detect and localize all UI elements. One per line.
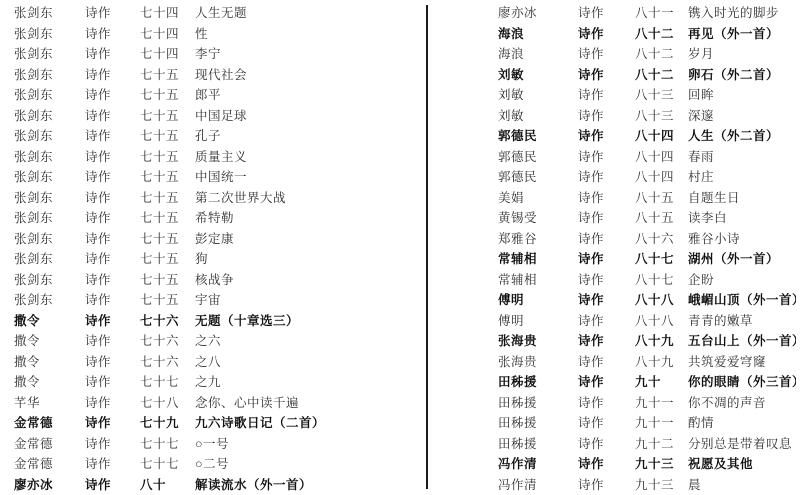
page-number-cell: 七十四 xyxy=(140,24,195,42)
title-cell: 核战争 xyxy=(195,270,420,288)
page-number-cell: 九十二 xyxy=(635,434,688,452)
title-cell: 人生无题 xyxy=(195,3,420,21)
author-cell: 张剑东 xyxy=(14,290,85,308)
page-number-cell: 九十一 xyxy=(635,393,688,411)
genre-cell: 诗作 xyxy=(85,454,140,472)
author-cell: 张剑东 xyxy=(14,188,85,206)
table-row: 美娟 诗作 八十五 自题生日 xyxy=(498,187,796,208)
author-cell: 田秭援 xyxy=(498,393,578,411)
table-row: 张剑东 诗作 七十五 核战争 xyxy=(14,269,420,290)
genre-cell: 诗作 xyxy=(578,311,635,329)
table-row: 撒令 诗作 七十七 之九 xyxy=(14,371,420,392)
author-cell: 田秭援 xyxy=(498,372,578,390)
table-row: 张剑东 诗作 七十五 质量主义 xyxy=(14,146,420,167)
title-cell: 郎平 xyxy=(195,85,420,103)
table-row: 郑雅谷 诗作 八十六 雅谷小诗 xyxy=(498,228,796,249)
genre-cell: 诗作 xyxy=(578,331,635,349)
page-number-cell: 九十三 xyxy=(635,475,688,493)
page-number-cell: 七十五 xyxy=(140,290,195,308)
page-number-cell: 七十五 xyxy=(140,270,195,288)
title-cell: 之八 xyxy=(195,352,420,370)
page-number-cell: 七十五 xyxy=(140,147,195,165)
title-cell: 酌情 xyxy=(688,413,796,431)
genre-cell: 诗作 xyxy=(578,126,635,144)
page-number-cell: 七十六 xyxy=(140,352,195,370)
author-cell: 郭德民 xyxy=(498,167,578,185)
page-number-cell: 八十二 xyxy=(635,24,688,42)
page-number-cell: 八十六 xyxy=(635,229,688,247)
author-cell: 冯作清 xyxy=(498,475,578,493)
author-cell: 海浪 xyxy=(498,24,578,42)
title-cell: 解读流水（外一首） xyxy=(195,475,420,493)
title-cell: 镌入时光的脚步 xyxy=(688,3,796,21)
page-number-cell: 八十五 xyxy=(635,188,688,206)
page-number-cell: 八十四 xyxy=(635,167,688,185)
title-cell: 分别总是带着叹息 xyxy=(688,434,796,452)
author-cell: 芊华 xyxy=(14,393,85,411)
title-cell: 现代社会 xyxy=(195,65,420,83)
toc-column-left: 张剑东 诗作 七十四 人生无题 张剑东 诗作 七十四 性 张剑东 诗作 七十四 … xyxy=(14,2,420,494)
table-row: 张剑东 诗作 七十五 中国统一 xyxy=(14,166,420,187)
table-row: 田秭援 诗作 九十一 你不凋的声音 xyxy=(498,392,796,413)
genre-cell: 诗作 xyxy=(85,352,140,370)
table-row: 撒令 诗作 七十六 无题（十章选三） xyxy=(14,310,420,331)
table-row: 撒令 诗作 七十六 之八 xyxy=(14,351,420,372)
title-cell: 人生（外二首） xyxy=(688,126,796,144)
title-cell: 念你、心中读千遍 xyxy=(195,393,420,411)
author-cell: 撒令 xyxy=(14,372,85,390)
title-cell: 青青的嫩草 xyxy=(688,311,796,329)
title-cell: ○一号 xyxy=(195,434,420,452)
title-cell: 共筑爱爱穹窿 xyxy=(688,352,796,370)
title-cell: 质量主义 xyxy=(195,147,420,165)
author-cell: 张剑东 xyxy=(14,249,85,267)
table-row: 黄锡受 诗作 八十五 读李白 xyxy=(498,207,796,228)
author-cell: 张剑东 xyxy=(14,147,85,165)
table-row: 金常德 诗作 七十七 ○二号 xyxy=(14,453,420,474)
author-cell: 廖亦冰 xyxy=(498,3,578,21)
title-cell: 你的眼睛（外三首） xyxy=(688,372,796,390)
table-row: 傅明 诗作 八十八 青青的嫩草 xyxy=(498,310,796,331)
table-row: 廖亦冰 诗作 八十 解读流水（外一首） xyxy=(14,474,420,495)
page-number-cell: 七十五 xyxy=(140,208,195,226)
author-cell: 常辅相 xyxy=(498,249,578,267)
title-cell: 无题（十章选三） xyxy=(195,311,420,329)
table-row: 张海贵 诗作 八十九 共筑爱爱穹窿 xyxy=(498,351,796,372)
table-row: 张剑东 诗作 七十五 希特勒 xyxy=(14,207,420,228)
author-cell: 金常德 xyxy=(14,454,85,472)
page-number-cell: 八十九 xyxy=(635,352,688,370)
page-number-cell: 八十四 xyxy=(635,126,688,144)
author-cell: 海浪 xyxy=(498,44,578,62)
title-cell: 性 xyxy=(195,24,420,42)
page-number-cell: 七十五 xyxy=(140,85,195,103)
table-row: 田秭援 诗作 九十二 分别总是带着叹息 xyxy=(498,433,796,454)
author-cell: 张剑东 xyxy=(14,44,85,62)
title-cell: ○二号 xyxy=(195,454,420,472)
page-number-cell: 七十五 xyxy=(140,106,195,124)
toc-column-right: 廖亦冰 诗作 八十一 镌入时光的脚步 海浪 诗作 八十二 再见（外一首） 海浪 … xyxy=(498,2,796,494)
title-cell: 雅谷小诗 xyxy=(688,229,796,247)
genre-cell: 诗作 xyxy=(85,65,140,83)
title-cell: 读李白 xyxy=(688,208,796,226)
title-cell: 第二次世界大战 xyxy=(195,188,420,206)
table-row: 海浪 诗作 八十二 岁月 xyxy=(498,43,796,64)
author-cell: 郑雅谷 xyxy=(498,229,578,247)
page-number-cell: 七十六 xyxy=(140,331,195,349)
author-cell: 撒令 xyxy=(14,352,85,370)
title-cell: 自题生日 xyxy=(688,188,796,206)
page-number-cell: 七十八 xyxy=(140,393,195,411)
genre-cell: 诗作 xyxy=(85,106,140,124)
author-cell: 郭德民 xyxy=(498,147,578,165)
title-cell: 之九 xyxy=(195,372,420,390)
page-number-cell: 九十一 xyxy=(635,413,688,431)
page-number-cell: 七十五 xyxy=(140,229,195,247)
page-number-cell: 八十八 xyxy=(635,290,688,308)
table-row: 张剑东 诗作 七十四 性 xyxy=(14,23,420,44)
author-cell: 刘敏 xyxy=(498,65,578,83)
genre-cell: 诗作 xyxy=(85,331,140,349)
genre-cell: 诗作 xyxy=(85,413,140,431)
title-cell: 之六 xyxy=(195,331,420,349)
genre-cell: 诗作 xyxy=(85,85,140,103)
toc-page: 张剑东 诗作 七十四 人生无题 张剑东 诗作 七十四 性 张剑东 诗作 七十四 … xyxy=(0,0,800,495)
title-cell: 孔子 xyxy=(195,126,420,144)
genre-cell: 诗作 xyxy=(578,434,635,452)
genre-cell: 诗作 xyxy=(578,229,635,247)
page-number-cell: 八十二 xyxy=(635,65,688,83)
table-row: 金常德 诗作 七十七 ○一号 xyxy=(14,433,420,454)
genre-cell: 诗作 xyxy=(85,434,140,452)
genre-cell: 诗作 xyxy=(85,393,140,411)
table-row: 冯作清 诗作 九十三 晨 xyxy=(498,474,796,495)
table-row: 金常德 诗作 七十九 九六诗歌日记（二首） xyxy=(14,412,420,433)
title-cell: 中国足球 xyxy=(195,106,420,124)
table-row: 张剑东 诗作 七十四 人生无题 xyxy=(14,2,420,23)
page-number-cell: 七十五 xyxy=(140,167,195,185)
table-row: 郭德民 诗作 八十四 村庄 xyxy=(498,166,796,187)
title-cell: 五台山上（外一首） xyxy=(688,331,796,349)
genre-cell: 诗作 xyxy=(85,475,140,493)
page-number-cell: 七十五 xyxy=(140,65,195,83)
genre-cell: 诗作 xyxy=(578,352,635,370)
author-cell: 傅明 xyxy=(498,290,578,308)
title-cell: 狗 xyxy=(195,249,420,267)
page-number-cell: 八十七 xyxy=(635,249,688,267)
genre-cell: 诗作 xyxy=(85,24,140,42)
table-row: 常辅相 诗作 八十七 企盼 xyxy=(498,269,796,290)
author-cell: 撒令 xyxy=(14,311,85,329)
genre-cell: 诗作 xyxy=(578,65,635,83)
page-number-cell: 八十三 xyxy=(635,106,688,124)
genre-cell: 诗作 xyxy=(85,311,140,329)
table-row: 张海贵 诗作 八十九 五台山上（外一首） xyxy=(498,330,796,351)
title-cell: 湖州（外一首） xyxy=(688,249,796,267)
author-cell: 张海贵 xyxy=(498,352,578,370)
genre-cell: 诗作 xyxy=(85,147,140,165)
genre-cell: 诗作 xyxy=(578,208,635,226)
page-number-cell: 八十九 xyxy=(635,331,688,349)
genre-cell: 诗作 xyxy=(85,44,140,62)
title-cell: 深邃 xyxy=(688,106,796,124)
author-cell: 张剑东 xyxy=(14,270,85,288)
table-row: 廖亦冰 诗作 八十一 镌入时光的脚步 xyxy=(498,2,796,23)
table-row: 张剑东 诗作 七十五 宇宙 xyxy=(14,289,420,310)
author-cell: 张剑东 xyxy=(14,167,85,185)
author-cell: 张剑东 xyxy=(14,24,85,42)
title-cell: 卵石（外二首） xyxy=(688,65,796,83)
genre-cell: 诗作 xyxy=(578,249,635,267)
author-cell: 冯作清 xyxy=(498,454,578,472)
table-row: 张剑东 诗作 七十五 彭定康 xyxy=(14,228,420,249)
genre-cell: 诗作 xyxy=(578,413,635,431)
author-cell: 黄锡受 xyxy=(498,208,578,226)
table-row: 郭德民 诗作 八十四 人生（外二首） xyxy=(498,125,796,146)
title-cell: 回眸 xyxy=(688,85,796,103)
genre-cell: 诗作 xyxy=(578,44,635,62)
author-cell: 张剑东 xyxy=(14,106,85,124)
table-row: 郭德民 诗作 八十四 春雨 xyxy=(498,146,796,167)
author-cell: 常辅相 xyxy=(498,270,578,288)
author-cell: 张剑东 xyxy=(14,3,85,21)
title-cell: 你不凋的声音 xyxy=(688,393,796,411)
page-number-cell: 七十六 xyxy=(140,311,195,329)
page-number-cell: 七十四 xyxy=(140,3,195,21)
genre-cell: 诗作 xyxy=(85,3,140,21)
genre-cell: 诗作 xyxy=(578,106,635,124)
table-row: 傅明 诗作 八十八 峨嵋山顶（外一首） xyxy=(498,289,796,310)
author-cell: 金常德 xyxy=(14,434,85,452)
genre-cell: 诗作 xyxy=(85,188,140,206)
title-cell: 峨嵋山顶（外一首） xyxy=(688,290,796,308)
table-row: 冯作清 诗作 九十三 祝愿及其他 xyxy=(498,453,796,474)
title-cell: 中国统一 xyxy=(195,167,420,185)
page-number-cell: 九十 xyxy=(635,372,688,390)
table-row: 海浪 诗作 八十二 再见（外一首） xyxy=(498,23,796,44)
genre-cell: 诗作 xyxy=(85,208,140,226)
author-cell: 张剑东 xyxy=(14,229,85,247)
author-cell: 金常德 xyxy=(14,413,85,431)
table-row: 张剑东 诗作 七十五 狗 xyxy=(14,248,420,269)
genre-cell: 诗作 xyxy=(578,454,635,472)
page-number-cell: 八十二 xyxy=(635,44,688,62)
genre-cell: 诗作 xyxy=(578,475,635,493)
genre-cell: 诗作 xyxy=(578,147,635,165)
title-cell: 彭定康 xyxy=(195,229,420,247)
genre-cell: 诗作 xyxy=(85,372,140,390)
table-row: 芊华 诗作 七十八 念你、心中读千遍 xyxy=(14,392,420,413)
author-cell: 郭德民 xyxy=(498,126,578,144)
genre-cell: 诗作 xyxy=(85,126,140,144)
page-number-cell: 七十五 xyxy=(140,249,195,267)
page-number-cell: 八十 xyxy=(140,475,195,493)
author-cell: 傅明 xyxy=(498,311,578,329)
genre-cell: 诗作 xyxy=(578,372,635,390)
genre-cell: 诗作 xyxy=(578,85,635,103)
column-divider-rule xyxy=(426,5,428,489)
page-number-cell: 七十五 xyxy=(140,188,195,206)
title-cell: 岁月 xyxy=(688,44,796,62)
author-cell: 廖亦冰 xyxy=(14,475,85,493)
page-number-cell: 八十一 xyxy=(635,3,688,21)
genre-cell: 诗作 xyxy=(578,3,635,21)
title-cell: 村庄 xyxy=(688,167,796,185)
genre-cell: 诗作 xyxy=(578,290,635,308)
author-cell: 田秭援 xyxy=(498,434,578,452)
page-number-cell: 八十七 xyxy=(635,270,688,288)
table-row: 张剑东 诗作 七十五 中国足球 xyxy=(14,105,420,126)
table-row: 田秭援 诗作 九十一 酌情 xyxy=(498,412,796,433)
author-cell: 张剑东 xyxy=(14,65,85,83)
genre-cell: 诗作 xyxy=(85,167,140,185)
table-row: 张剑东 诗作 七十五 郎平 xyxy=(14,84,420,105)
genre-cell: 诗作 xyxy=(578,167,635,185)
genre-cell: 诗作 xyxy=(85,270,140,288)
title-cell: 祝愿及其他 xyxy=(688,454,796,472)
author-cell: 撒令 xyxy=(14,331,85,349)
table-row: 张剑东 诗作 七十五 孔子 xyxy=(14,125,420,146)
title-cell: 企盼 xyxy=(688,270,796,288)
table-row: 田秭援 诗作 九十 你的眼睛（外三首） xyxy=(498,371,796,392)
author-cell: 美娟 xyxy=(498,188,578,206)
genre-cell: 诗作 xyxy=(578,393,635,411)
author-cell: 刘敏 xyxy=(498,85,578,103)
page-number-cell: 八十八 xyxy=(635,311,688,329)
title-cell: 九六诗歌日记（二首） xyxy=(195,413,420,431)
page-number-cell: 八十三 xyxy=(635,85,688,103)
table-row: 刘敏 诗作 八十三 回眸 xyxy=(498,84,796,105)
author-cell: 张海贵 xyxy=(498,331,578,349)
title-cell: 春雨 xyxy=(688,147,796,165)
page-number-cell: 七十四 xyxy=(140,44,195,62)
table-row: 张剑东 诗作 七十五 第二次世界大战 xyxy=(14,187,420,208)
genre-cell: 诗作 xyxy=(85,290,140,308)
page-number-cell: 八十四 xyxy=(635,147,688,165)
title-cell: 李宁 xyxy=(195,44,420,62)
page-number-cell: 七十九 xyxy=(140,413,195,431)
title-cell: 晨 xyxy=(688,475,796,493)
genre-cell: 诗作 xyxy=(85,249,140,267)
page-number-cell: 七十五 xyxy=(140,126,195,144)
table-row: 张剑东 诗作 七十四 李宁 xyxy=(14,43,420,64)
title-cell: 宇宙 xyxy=(195,290,420,308)
genre-cell: 诗作 xyxy=(578,270,635,288)
author-cell: 刘敏 xyxy=(498,106,578,124)
page-number-cell: 八十五 xyxy=(635,208,688,226)
author-cell: 张剑东 xyxy=(14,85,85,103)
table-row: 刘敏 诗作 八十三 深邃 xyxy=(498,105,796,126)
genre-cell: 诗作 xyxy=(578,188,635,206)
page-number-cell: 九十三 xyxy=(635,454,688,472)
genre-cell: 诗作 xyxy=(85,229,140,247)
title-cell: 再见（外一首） xyxy=(688,24,796,42)
table-row: 常辅相 诗作 八十七 湖州（外一首） xyxy=(498,248,796,269)
author-cell: 张剑东 xyxy=(14,208,85,226)
page-number-cell: 七十七 xyxy=(140,372,195,390)
page-number-cell: 七十七 xyxy=(140,434,195,452)
table-row: 刘敏 诗作 八十二 卵石（外二首） xyxy=(498,64,796,85)
table-row: 张剑东 诗作 七十五 现代社会 xyxy=(14,64,420,85)
author-cell: 张剑东 xyxy=(14,126,85,144)
table-row: 撒令 诗作 七十六 之六 xyxy=(14,330,420,351)
author-cell: 田秭援 xyxy=(498,413,578,431)
page-number-cell: 七十七 xyxy=(140,454,195,472)
genre-cell: 诗作 xyxy=(578,24,635,42)
title-cell: 希特勒 xyxy=(195,208,420,226)
